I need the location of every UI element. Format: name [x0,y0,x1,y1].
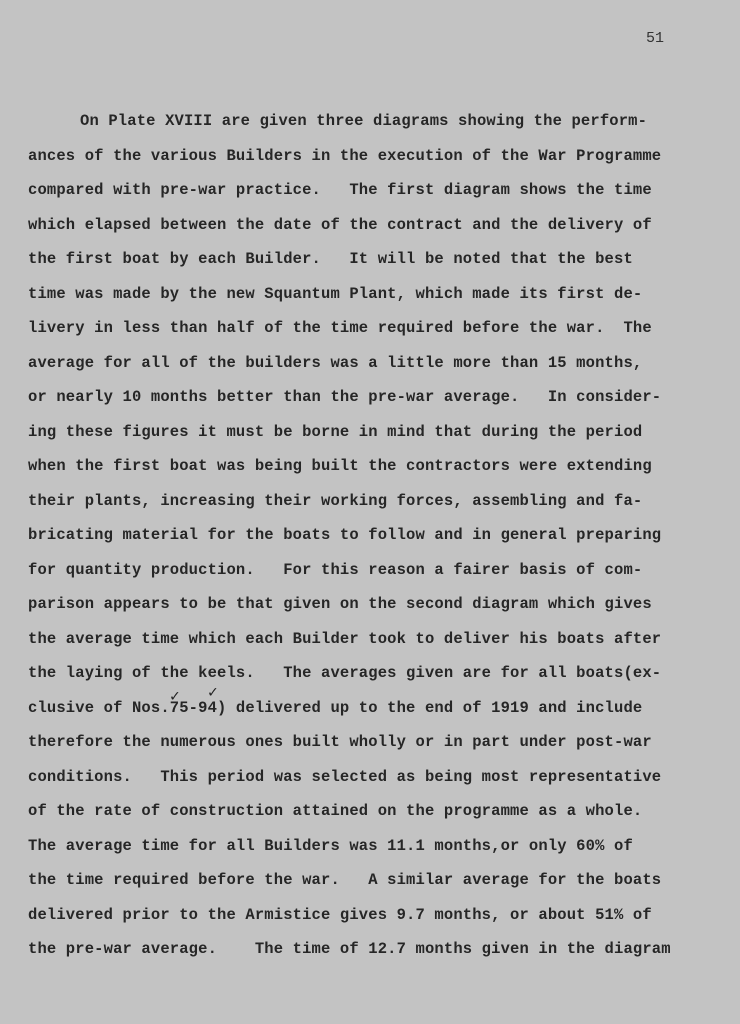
text-line: conditions. This period was selected as … [28,768,661,786]
text-line: time was made by the new Squantum Plant,… [28,285,642,303]
text-line: or nearly 10 months better than the pre-… [28,388,661,406]
text-line: the pre-war average. The time of 12.7 mo… [28,940,671,958]
text-line: the first boat by each Builder. It will … [28,250,633,268]
text-line: therefore the numerous ones built wholly… [28,733,652,751]
text-line: ing these figures it must be borne in mi… [28,423,642,441]
handwritten-check-mark: ✓ [208,682,218,702]
text-line: the laying of the keels. The averages gi… [28,664,661,682]
text-line: compared with pre-war practice. The firs… [28,181,652,199]
text-line: bricating material for the boats to foll… [28,526,661,544]
text-line: which elapsed between the date of the co… [28,216,652,234]
text-line: their plants, increasing their working f… [28,492,642,510]
text-line: for quantity production. For this reason… [28,561,642,579]
text-line: delivered prior to the Armistice gives 9… [28,906,652,924]
text-line: parison appears to be that given on the … [28,595,652,613]
handwritten-check-mark: ✓ [170,686,180,706]
text-line: of the rate of construction attained on … [28,802,642,820]
text-line: the average time which each Builder took… [28,630,661,648]
text-line: The average time for all Builders was 11… [28,837,633,855]
text-line: clusive of Nos.75-94) delivered up to th… [28,699,642,717]
text-line: ances of the various Builders in the exe… [28,147,661,165]
text-line: livery in less than half of the time req… [28,319,652,337]
text-line: average for all of the builders was a li… [28,354,642,372]
page-number: 51 [646,30,664,47]
text-line: when the first boat was being built the … [28,457,652,475]
text-line: the time required before the war. A simi… [28,871,661,889]
text-line: On Plate XVIII are given three diagrams … [80,112,647,130]
